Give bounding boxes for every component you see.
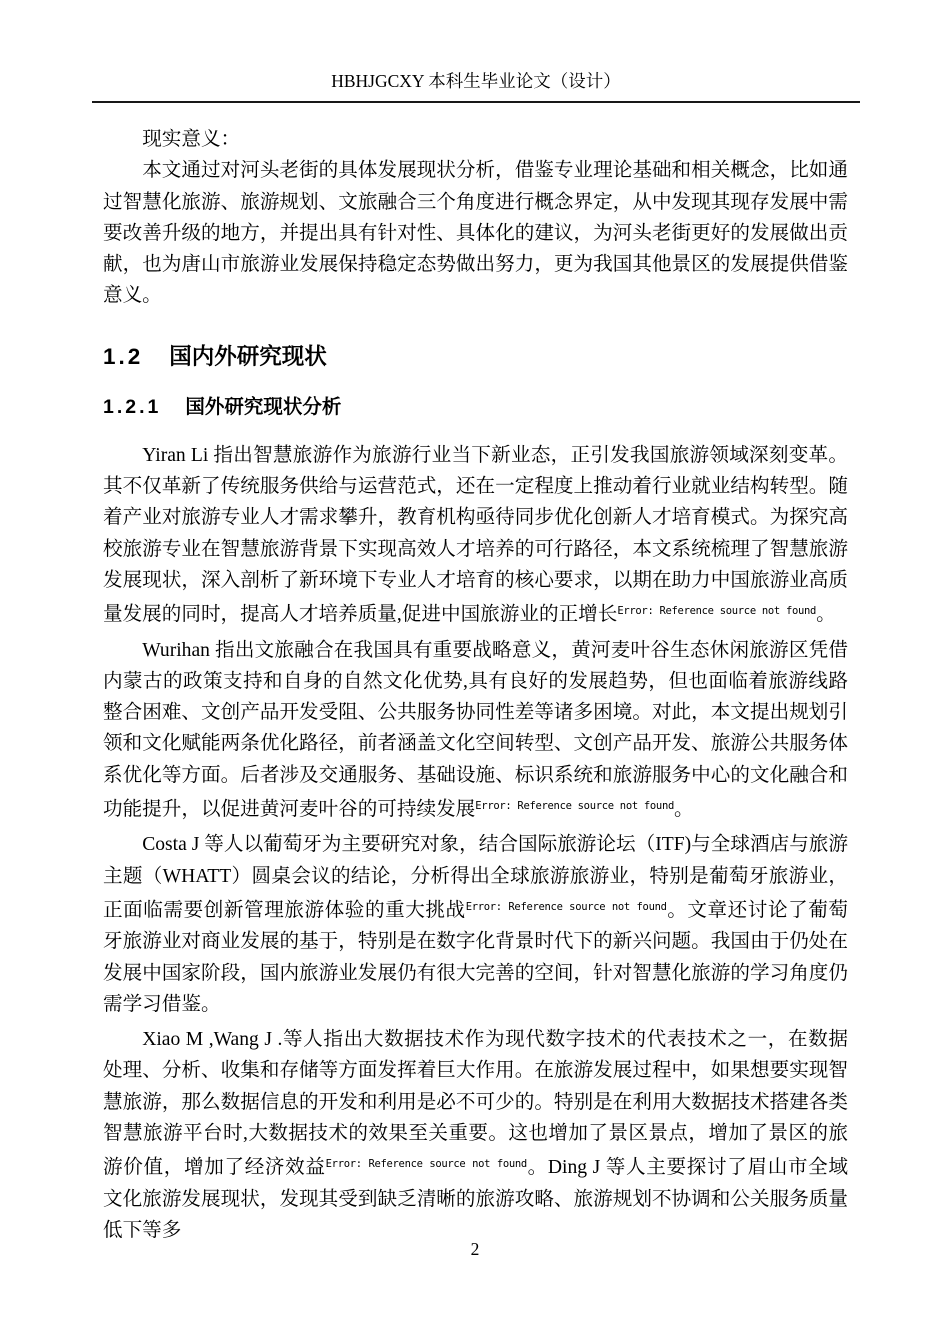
document-body: 现实意义： 本文通过对河头老街的具体发展现状分析，借鉴专业理论基础和相关概念，比…: [103, 124, 848, 1250]
subsection-number: 1.2.1: [103, 396, 161, 418]
section-number: 1.2: [103, 344, 143, 369]
paragraph-text: Yiran Li 指出智慧旅游作为旅游行业当下新业态，正引发我国旅游领域深刻变革…: [103, 445, 848, 625]
paragraph-costa-j: Costa J 等人以葡萄牙为主要研究对象，结合国际旅游论坛（ITF)与全球酒店…: [103, 829, 848, 1020]
subsection-title: 国外研究现状分析: [185, 396, 341, 418]
section-title: 国内外研究现状: [169, 344, 327, 369]
paragraph-text: 。: [674, 799, 694, 820]
page-header: HBHJGCXY 本科生毕业论文（设计）: [92, 71, 860, 103]
header-title: HBHJGCXY 本科生毕业论文（设计）: [331, 71, 621, 91]
page-number: 2: [0, 1239, 950, 1259]
paragraph-wurihan: Wurihan 指出文旅融合在我国具有重要战略意义，黄河麦叶谷生态休闲旅游区凭借…: [103, 635, 848, 826]
error-reference-marker: Error: Reference source not found: [617, 605, 816, 617]
error-reference-marker: Error: Reference source not found: [466, 901, 667, 913]
paragraph-yiran-li: Yiran Li 指出智慧旅游作为旅游行业当下新业态，正引发我国旅游领域深刻变革…: [103, 440, 848, 631]
error-reference-marker: Error: Reference source not found: [326, 1158, 527, 1170]
subsection-heading: 1.2.1国外研究现状分析: [103, 396, 848, 418]
document-page: HBHJGCXY 本科生毕业论文（设计） 现实意义： 本文通过对河头老街的具体发…: [0, 0, 950, 1344]
error-reference-marker: Error: Reference source not found: [475, 800, 674, 812]
paragraph-xiao-m-wang-j: Xiao M ,Wang J .等人指出大数据技术作为现代数字技术的代表技术之一…: [103, 1024, 848, 1246]
paragraph-practical-significance: 本文通过对河头老街的具体发展现状分析，借鉴专业理论基础和相关概念，比如通过智慧化…: [103, 155, 848, 311]
intro-label: 现实意义：: [103, 124, 848, 155]
paragraph-text: 。: [816, 604, 836, 625]
paragraph-text: Xiao M ,Wang J .等人指出大数据技术作为现代数字技术的代表技术之一…: [103, 1029, 848, 1178]
section-heading: 1.2国内外研究现状: [103, 344, 848, 370]
paragraph-text: Wurihan 指出文旅融合在我国具有重要战略意义，黄河麦叶谷生态休闲旅游区凭借…: [103, 640, 848, 820]
